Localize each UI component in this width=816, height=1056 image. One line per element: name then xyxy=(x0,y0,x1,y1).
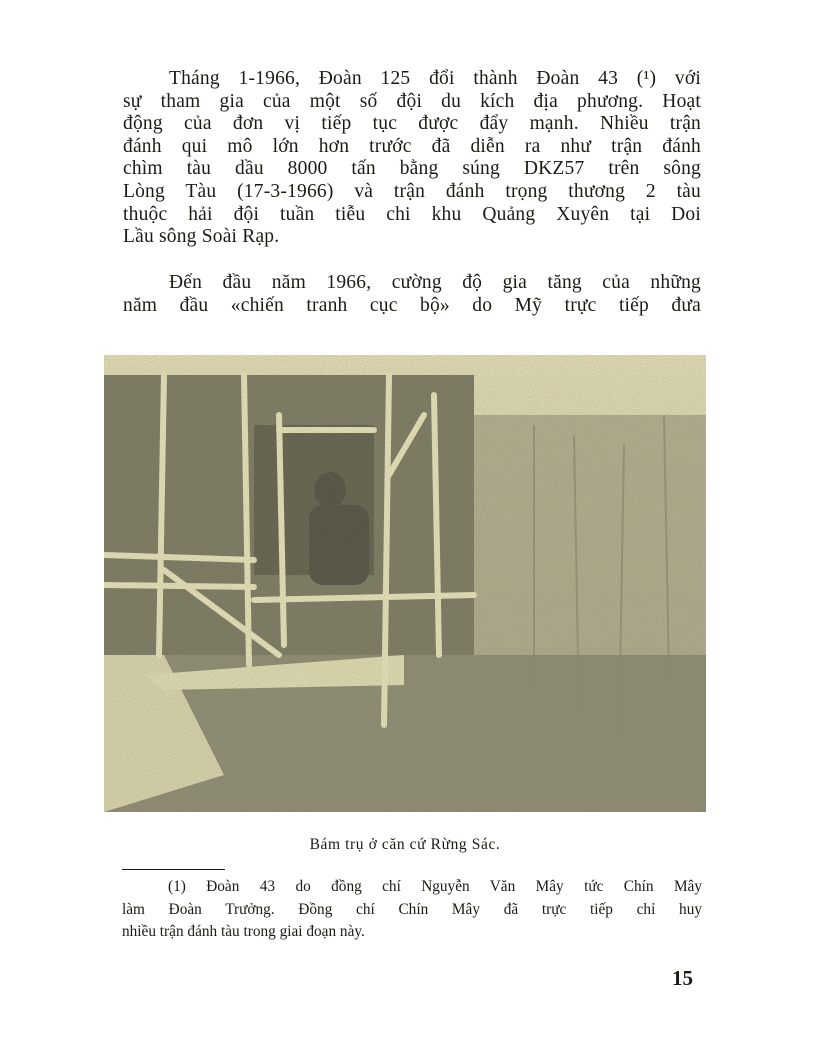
text-line: chìm tàu dầu 8000 tấn bằng súng DKZ57 tr… xyxy=(123,158,701,181)
text-line: năm đầu «chiến tranh cục bộ» do Mỹ trực … xyxy=(123,295,701,318)
footnote-line: nhiều trận đánh tàu trong giai đoạn này. xyxy=(122,921,702,944)
text-line: sự tham gia của một số đội du kích địa p… xyxy=(123,91,701,114)
paragraph-2: Đến đầu năm 1966, cường độ gia tăng của … xyxy=(123,272,701,317)
photo-illustration xyxy=(104,355,706,812)
page-number: 15 xyxy=(672,966,693,991)
text-line: Lầu sông Soài Rạp. xyxy=(123,226,701,249)
text-line: đánh qui mô lớn hơn trước đã diễn ra như… xyxy=(123,136,701,159)
footnote-divider xyxy=(122,869,225,870)
text-line: Lòng Tàu (17-3-1966) và trận đánh trọng … xyxy=(123,181,701,204)
footnote: (1) Đoàn 43 do đồng chí Nguyễn Văn Mây t… xyxy=(122,876,702,944)
figure-caption: Bám trụ ở căn cứ Rừng Sác. xyxy=(104,836,706,854)
text-line: Tháng 1-1966, Đoàn 125 đổi thành Đoàn 43… xyxy=(123,68,701,91)
figure-photo xyxy=(104,355,706,812)
text-line: thuộc hải đội tuần tiễu chi khu Quảng Xu… xyxy=(123,204,701,227)
text-line: Đến đầu năm 1966, cường độ gia tăng của … xyxy=(123,272,701,295)
text-line: động của đơn vị tiếp tục được đẩy mạnh. … xyxy=(123,113,701,136)
paragraph-1: Tháng 1-1966, Đoàn 125 đổi thành Đoàn 43… xyxy=(123,68,701,249)
footnote-line: làm Đoàn Trưởng. Đồng chí Chín Mây đã tr… xyxy=(122,899,702,922)
footnote-line: (1) Đoàn 43 do đồng chí Nguyễn Văn Mây t… xyxy=(122,876,702,899)
